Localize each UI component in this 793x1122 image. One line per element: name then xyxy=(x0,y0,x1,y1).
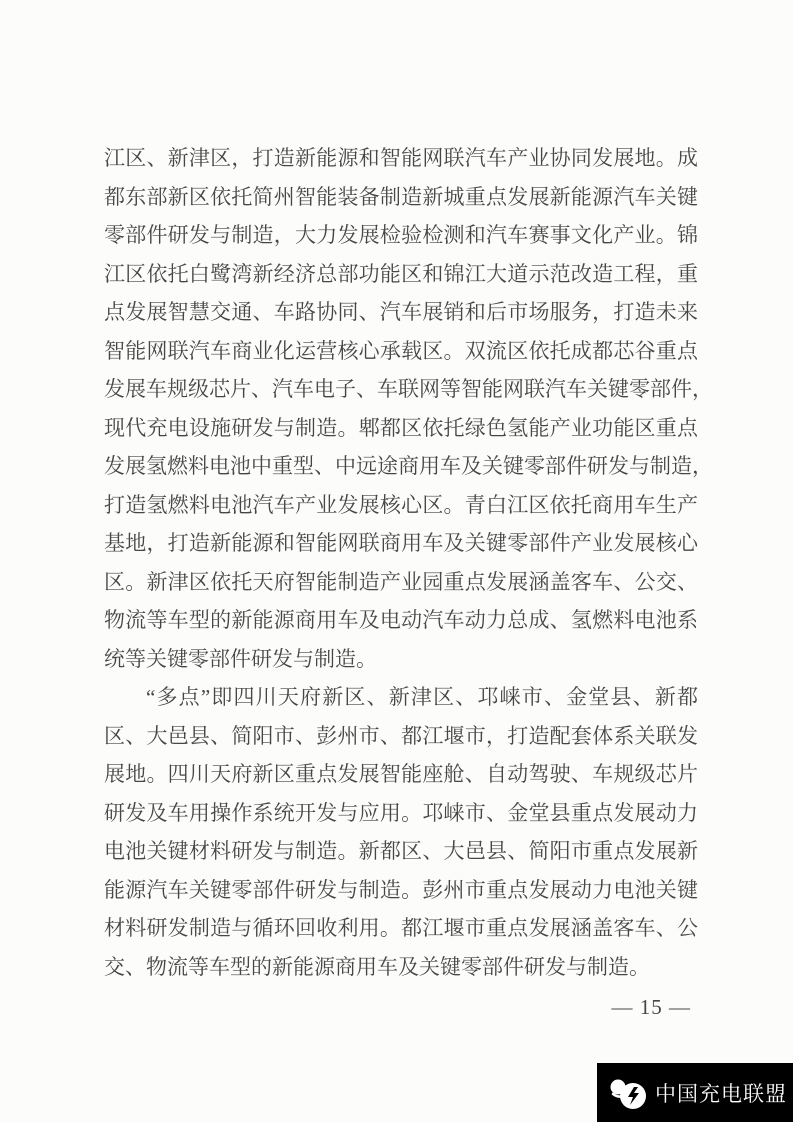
text-line: 智能网联汽车商业化运营核心承载区。双流区依托成都芯谷重点 xyxy=(104,332,698,371)
text-line: 统等关键零部件研发与制造。 xyxy=(104,640,698,679)
text-line: 物流等车型的新能源商用车及电动汽车动力总成、氢燃料电池系 xyxy=(104,601,698,640)
text-line: 都东部新区依托简州智能装备制造新城重点发展新能源汽车关键 xyxy=(104,178,698,217)
text-line: 江区依托白鹭湾新经济总部功能区和锦江大道示范改造工程，重 xyxy=(104,255,698,294)
body-text: 江区、新津区，打造新能源和智能网联汽车产业协同发展地。成 都东部新区依托简州智能… xyxy=(104,139,698,986)
text-line: 现代充电设施研发与制造。郫都区依托绿色氢能产业功能区重点 xyxy=(104,409,698,448)
text-line: 发展氢燃料电池中重型、中远途商用车及关键零部件研发与制造， xyxy=(104,447,698,486)
text-line: 发展车规级芯片、汽车电子、车联网等智能网联汽车关键零部件， xyxy=(104,370,698,409)
text-line: 零部件研发与制造，大力发展检验检测和汽车赛事文化产业。锦 xyxy=(104,216,698,255)
watermark-label: 中国充电联盟 xyxy=(655,1078,787,1108)
text-line: 基地，打造新能源和智能网联商用车及关键零部件产业发展核心 xyxy=(104,524,698,563)
charging-alliance-logo-icon xyxy=(607,1074,651,1112)
text-line: 打造氢燃料电池汽车产业发展核心区。青白江区依托商用车生产 xyxy=(104,486,698,525)
page-number: — 15 — xyxy=(612,995,692,1020)
text-line: 区、大邑县、简阳市、彭州市、都江堰市，打造配套体系关联发 xyxy=(104,717,698,756)
watermark-banner: 中国充电联盟 xyxy=(597,1063,793,1122)
text-line: 点发展智慧交通、车路协同、汽车展销和后市场服务，打造未来 xyxy=(104,293,698,332)
text-line: 电池关键材料研发与制造。新都区、大邑县、简阳市重点发展新 xyxy=(104,832,698,871)
text-line: 交、物流等车型的新能源商用车及关键零部件研发与制造。 xyxy=(104,948,698,987)
text-line: 材料研发制造与循环回收利用。都江堰市重点发展涵盖客车、公 xyxy=(104,909,698,948)
text-line: “多点”即四川天府新区、新津区、邛崃市、金堂县、新都 xyxy=(104,678,698,717)
text-line: 研发及车用操作系统开发与应用。邛崃市、金堂县重点发展动力 xyxy=(104,794,698,833)
paragraph-1: 江区、新津区，打造新能源和智能网联汽车产业协同发展地。成 都东部新区依托简州智能… xyxy=(104,139,698,678)
text-line: 区。新津区依托天府智能制造产业园重点发展涵盖客车、公交、 xyxy=(104,563,698,602)
text-line: 江区、新津区，打造新能源和智能网联汽车产业协同发展地。成 xyxy=(104,139,698,178)
paragraph-2: “多点”即四川天府新区、新津区、邛崃市、金堂县、新都 区、大邑县、简阳市、彭州市… xyxy=(104,678,698,986)
text-line: 能源汽车关键零部件研发与制造。彭州市重点发展动力电池关键 xyxy=(104,871,698,910)
document-page: 江区、新津区，打造新能源和智能网联汽车产业协同发展地。成 都东部新区依托简州智能… xyxy=(0,0,793,1122)
text-line: 展地。四川天府新区重点发展智能座舱、自动驾驶、车规级芯片 xyxy=(104,755,698,794)
